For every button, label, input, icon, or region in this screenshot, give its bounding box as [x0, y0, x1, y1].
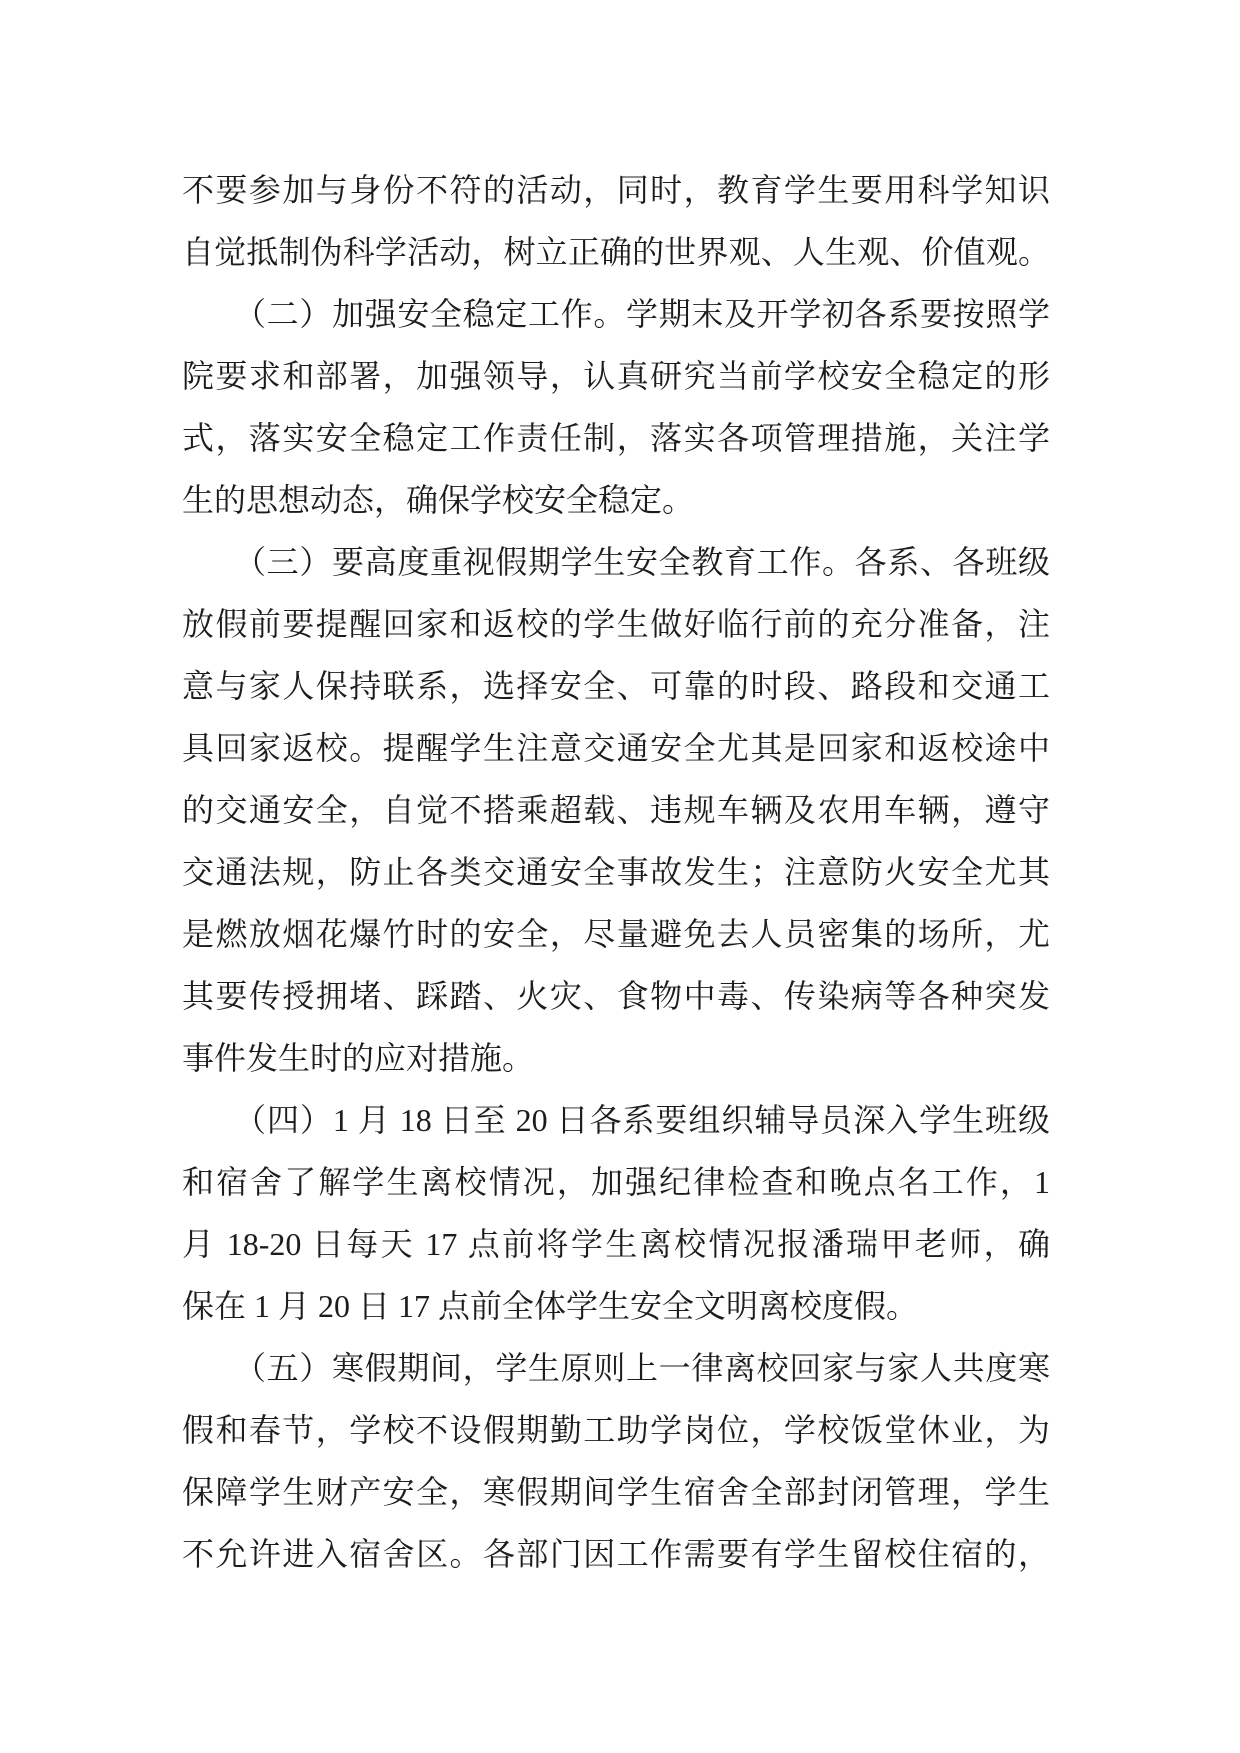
paragraph: （二）加强安全稳定工作。学期末及开学初各系要按照学院要求和部署，加强领导，认真研… [182, 283, 1050, 531]
paragraph: （四）1 月 18 日至 20 日各系要组织辅导员深入学生班级和宿舍了解学生离校… [182, 1089, 1050, 1337]
text-line: 月 18-20 日每天 17 点前将学生离校情况报潘瑞甲老师，确 [182, 1213, 1050, 1275]
text-line: 交通法规，防止各类交通安全事故发生；注意防火安全尤其 [182, 841, 1050, 903]
paragraph: （三）要高度重视假期学生安全教育工作。各系、各班级放假前要提醒回家和返校的学生做… [182, 531, 1050, 1089]
text-line: 保障学生财产安全，寒假期间学生宿舍全部封闭管理，学生 [182, 1461, 1050, 1523]
paragraph: 不要参加与身份不符的活动，同时，教育学生要用科学知识自觉抵制伪科学活动，树立正确… [182, 159, 1050, 283]
text-line: 保在 1 月 20 日 17 点前全体学生安全文明离校度假。 [182, 1275, 1050, 1337]
text-line: 院要求和部署，加强领导，认真研究当前学校安全稳定的形 [182, 345, 1050, 407]
text-line: 自觉抵制伪科学活动，树立正确的世界观、人生观、价值观。 [182, 221, 1050, 283]
text-line: 的交通安全，自觉不搭乘超载、违规车辆及农用车辆，遵守 [182, 779, 1050, 841]
document-body: 不要参加与身份不符的活动，同时，教育学生要用科学知识自觉抵制伪科学活动，树立正确… [182, 159, 1050, 1585]
text-line: （四）1 月 18 日至 20 日各系要组织辅导员深入学生班级 [182, 1089, 1050, 1151]
text-line: 式，落实安全稳定工作责任制，落实各项管理措施，关注学 [182, 407, 1050, 469]
text-line: 和宿舍了解学生离校情况，加强纪律检查和晚点名工作，1 [182, 1151, 1050, 1213]
document-page: 不要参加与身份不符的活动，同时，教育学生要用科学知识自觉抵制伪科学活动，树立正确… [0, 0, 1240, 1753]
text-line: （三）要高度重视假期学生安全教育工作。各系、各班级 [182, 531, 1050, 593]
text-line: 假和春节，学校不设假期勤工助学岗位，学校饭堂休业，为 [182, 1399, 1050, 1461]
text-line: 不允许进入宿舍区。各部门因工作需要有学生留校住宿的， [182, 1523, 1050, 1585]
text-line: 生的思想动态，确保学校安全稳定。 [182, 469, 1050, 531]
text-line: （二）加强安全稳定工作。学期末及开学初各系要按照学 [182, 283, 1050, 345]
text-line: 其要传授拥堵、踩踏、火灾、食物中毒、传染病等各种突发 [182, 965, 1050, 1027]
text-line: 具回家返校。提醒学生注意交通安全尤其是回家和返校途中 [182, 717, 1050, 779]
text-line: 不要参加与身份不符的活动，同时，教育学生要用科学知识 [182, 159, 1050, 221]
text-line: 意与家人保持联系，选择安全、可靠的时段、路段和交通工 [182, 655, 1050, 717]
text-line: 放假前要提醒回家和返校的学生做好临行前的充分准备，注 [182, 593, 1050, 655]
text-line: 是燃放烟花爆竹时的安全，尽量避免去人员密集的场所，尤 [182, 903, 1050, 965]
paragraph: （五）寒假期间，学生原则上一律离校回家与家人共度寒假和春节，学校不设假期勤工助学… [182, 1337, 1050, 1585]
text-line: 事件发生时的应对措施。 [182, 1027, 1050, 1089]
text-line: （五）寒假期间，学生原则上一律离校回家与家人共度寒 [182, 1337, 1050, 1399]
